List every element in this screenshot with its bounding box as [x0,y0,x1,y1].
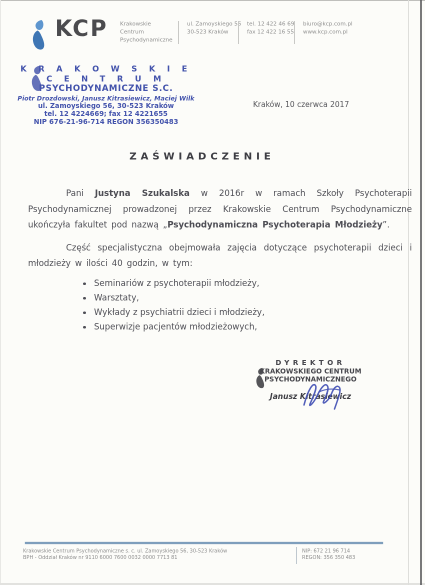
letterhead-divider [178,21,179,44]
scan-edge-top [0,0,425,1]
footer-company-info: Krakowskie Centrum Psychodynamiczne s. c… [23,548,223,574]
scan-edge-left [0,0,1,585]
signer-role-line1: DYREKTOR [243,359,378,368]
letterhead-org-name: Krakowskie Centrum Psychodynamiczne [120,20,190,68]
stamp-ids: NIP 676-21-96-714 REGON 356350483 [16,118,196,126]
body-paragraph-2: Część specjalistyczna obejmowała zajęcia… [28,240,412,272]
list-item: Seminariów z psychoterapii młodzieży, [82,276,412,291]
document-title: ZAŚWIADCZENIE [0,150,404,174]
kcp-logo-text: KCP [55,17,108,42]
stamp-address: ul. Zamoyskiego 56, 30-523 Kraków [16,102,196,110]
footer-tax-ids: NIP: 672 21 96 714 REGON: 356 350 483 [302,548,412,574]
letterhead-web: biuro@kcp.com.pl www.kcp.com.pl [303,20,373,52]
list-item: Wykłady z psychiatrii dzieci i młodzieży… [82,305,412,320]
course-components-list: Seminariów z psychoterapii młodzieży, Wa… [28,276,412,334]
stamp-name-line3: PSYCHODYNAMICZNE S.C. [16,84,196,94]
certificate-page: KCP Krakowskie Centrum Psychodynamiczne … [0,0,425,585]
handwritten-signature [299,378,345,410]
footer-divider [296,547,297,564]
scan-edge-right [420,0,422,585]
recipient-name: Justyna Szukalska [95,189,190,199]
footer-rule [25,542,383,544]
letterhead-divider [294,21,295,44]
stamp-phone: tel. 12 4224669; fax 12 4221655 [16,110,196,118]
stamp-name-line2: C E N T R U M [16,74,196,84]
stamp-partners: Piotr Drozdowski, Janusz Kitrasiewicz, M… [16,95,196,103]
body-paragraph-1: Pani Justyna Szukalska w 2016r w ramach … [28,186,412,233]
course-name: Psychodynamiczna Psychoterapia Młodzieży [167,220,382,230]
dateline: Kraków, 10 czerwca 2017 [253,100,373,118]
list-item: Superwizje pacjentów młodzieżowych, [82,320,412,335]
letterhead-divider [238,21,239,44]
signer-role-line2: KRAKOWSKIEGO CENTRUM [243,368,378,376]
list-item: Warsztaty, [82,291,412,306]
stamp-name-line1: K R A K O W S K I E [16,64,196,74]
kcp-logo-icon [31,19,47,52]
footer-regon: REGON: 356 350 483 [302,555,412,562]
